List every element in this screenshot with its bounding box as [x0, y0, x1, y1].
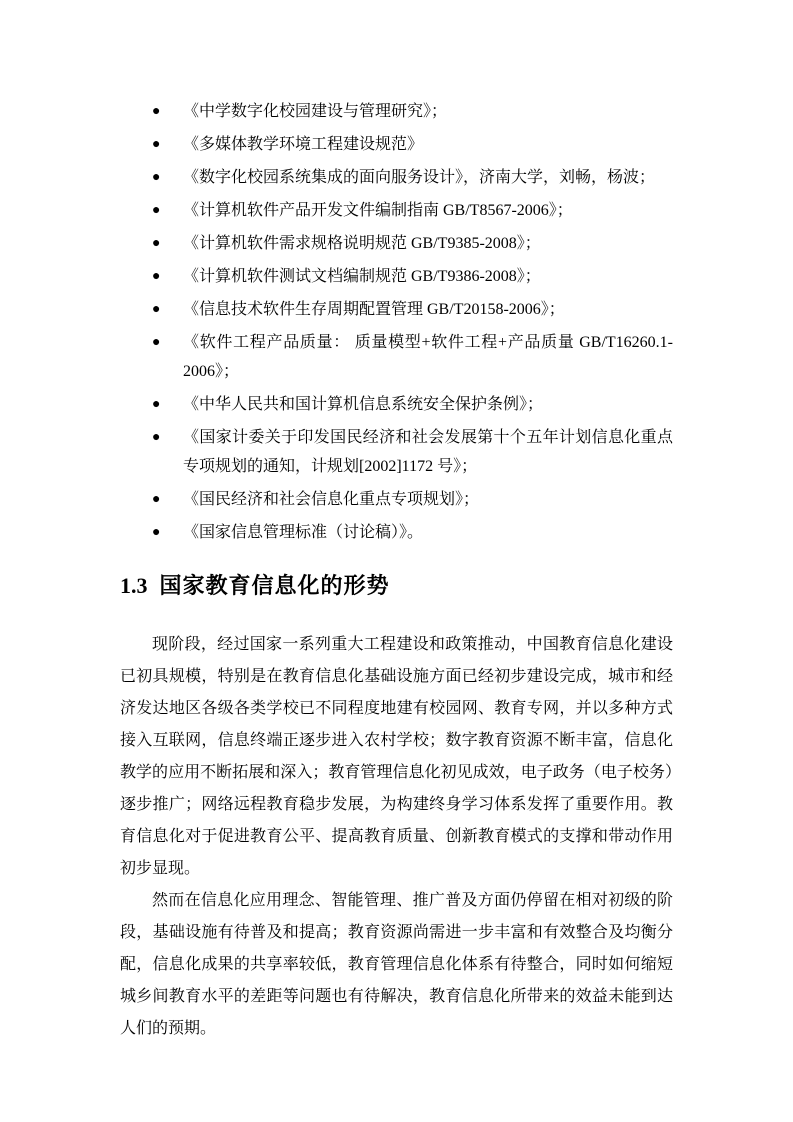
- section-heading: 1.3国家教育信息化的形势: [120, 571, 673, 601]
- list-item: ● 《多媒体教学环境工程建设规范》: [120, 130, 673, 159]
- list-item: ● 《信息技术软件生存周期配置管理 GB/T20158-2006》；: [120, 295, 673, 324]
- list-item: ● 《国家信息管理标准（讨论稿）》。: [120, 518, 673, 547]
- list-item: ● 《国家计委关于印发国民经济和社会发展第十个五年计划信息化重点专项规划的通知，…: [120, 423, 673, 481]
- bullet-icon: ●: [152, 295, 168, 324]
- bullet-icon: ●: [152, 196, 168, 225]
- bullet-icon: ●: [152, 328, 168, 357]
- bullet-icon: ●: [152, 130, 168, 159]
- list-item-text: 《国家信息管理标准（讨论稿）》。: [183, 524, 423, 541]
- list-item-text: 《国家计委关于印发国民经济和社会发展第十个五年计划信息化重点专项规划的通知，计规…: [183, 429, 673, 475]
- bullet-icon: ●: [152, 229, 168, 258]
- body-paragraph: 然而在信息化应用理念、智能管理、推广普及方面仍停留在相对初级的阶段，基础设施有待…: [120, 885, 673, 1045]
- list-item-text: 《中华人民共和国计算机信息系统安全保护条例》；: [183, 396, 543, 413]
- list-item-text: 《数字化校园系统集成的面向服务设计》，济南大学，刘畅，杨波；: [183, 169, 655, 186]
- list-item-text: 《中学数字化校园建设与管理研究》；: [183, 103, 447, 120]
- bullet-icon: ●: [152, 423, 168, 452]
- list-item-text: 《国民经济和社会信息化重点专项规划》；: [183, 491, 479, 508]
- body-paragraph: 现阶段，经过国家一系列重大工程建设和政策推动，中国教育信息化建设已初具规模，特别…: [120, 629, 673, 885]
- document-page: ● 《中学数字化校园建设与管理研究》； ● 《多媒体教学环境工程建设规范》 ● …: [0, 0, 793, 1122]
- list-item: ● 《数字化校园系统集成的面向服务设计》，济南大学，刘畅，杨波；: [120, 163, 673, 192]
- list-item: ● 《国民经济和社会信息化重点专项规划》；: [120, 485, 673, 514]
- bullet-icon: ●: [152, 97, 168, 126]
- list-item-text: 《计算机软件需求规格说明规范 GB/T9385-2008》；: [183, 235, 541, 252]
- list-item-text: 《软件工程产品质量： 质量模型+软件工程+产品质量 GB/T16260.1-20…: [183, 334, 673, 380]
- list-item: ● 《计算机软件测试文档编制规范 GB/T9386-2008》；: [120, 262, 673, 291]
- bullet-icon: ●: [152, 485, 168, 514]
- reference-list: ● 《中学数字化校园建设与管理研究》； ● 《多媒体教学环境工程建设规范》 ● …: [120, 97, 673, 547]
- list-item: ● 《计算机软件产品开发文件编制指南 GB/T8567-2006》；: [120, 196, 673, 225]
- section-number: 1.3: [120, 573, 148, 598]
- list-item-text: 《计算机软件产品开发文件编制指南 GB/T8567-2006》；: [183, 202, 573, 219]
- list-item-text: 《信息技术软件生存周期配置管理 GB/T20158-2006》；: [183, 301, 565, 318]
- list-item: ● 《计算机软件需求规格说明规范 GB/T9385-2008》；: [120, 229, 673, 258]
- list-item-text: 《多媒体教学环境工程建设规范》: [183, 136, 423, 153]
- bullet-icon: ●: [152, 390, 168, 419]
- bullet-icon: ●: [152, 163, 168, 192]
- bullet-icon: ●: [152, 518, 168, 547]
- list-item: ● 《中学数字化校园建设与管理研究》；: [120, 97, 673, 126]
- list-item: ● 《中华人民共和国计算机信息系统安全保护条例》；: [120, 390, 673, 419]
- list-item-text: 《计算机软件测试文档编制规范 GB/T9386-2008》；: [183, 268, 541, 285]
- bullet-icon: ●: [152, 262, 168, 291]
- list-item: ● 《软件工程产品质量： 质量模型+软件工程+产品质量 GB/T16260.1-…: [120, 328, 673, 386]
- section-title: 国家教育信息化的形势: [160, 573, 390, 598]
